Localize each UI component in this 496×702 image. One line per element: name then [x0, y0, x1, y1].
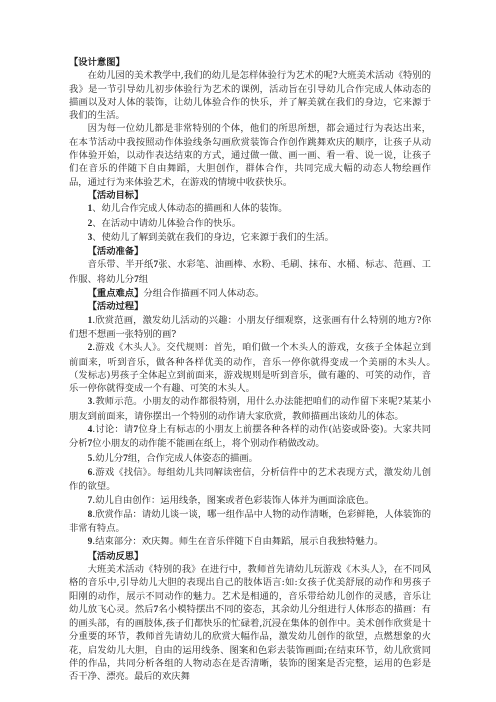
section-heading-label: 【活动反思】 [88, 551, 144, 562]
section-heading-label: 【设计意图】 [69, 57, 125, 68]
paragraph: 大班美术活动《特别的我》在进行中，教师首先请幼儿玩游戏《木头人》，在不同风格的音… [69, 563, 431, 684]
paragraph: 2、在活动中请幼儿体验合作的快乐。 [69, 217, 431, 231]
section-heading-label: 【活动过程】 [88, 301, 144, 312]
paragraph: 在幼儿园的美术教学中,我们的幼儿是怎样体验行为艺术的呢?大班美术活动《特别的我》… [69, 69, 431, 122]
section-heading: 【活动目标】 [69, 189, 431, 202]
paragraph: 1、幼儿合作完成人体动态的描画和人体的装饰。 [69, 202, 431, 216]
paragraph: 7.幼儿自由创作：运用线条，图案或者色彩装饰人体并为画面涂底色。 [69, 494, 431, 508]
paragraph: 8.欣赏作品：请幼儿谈一谈，哪一组作品中人物的动作清晰，色彩鲜艳，人体装饰的非常… [69, 508, 431, 536]
paragraph: 2.游戏《木头人》。交代规则：首先，咱们做一个木头人的游戏，女孩子全体起立到前面… [69, 341, 431, 395]
paragraph: 4.讨论：请7位身上有标志的小朋友上前摆各种各样的动作(站姿或卧姿)。大家共同分… [69, 423, 431, 452]
paragraph: 因为每一位幼儿都是非常特别的个体，他们的所思所想，都会通过行为表达出来，在本节活… [69, 122, 431, 188]
paragraph: 6.游戏《找信》。每组幼儿共同解读密信，分析信件中的艺术表现方式，激发幼儿创作的… [69, 466, 431, 494]
paragraph: 9.结束部分：欢庆舞。师生在音乐伴随下自由舞蹈，展示自我独特魅力。 [69, 535, 431, 549]
section-heading: 【活动反思】 [69, 550, 431, 563]
section-heading-label: 【重点难点】 [88, 288, 144, 299]
paragraph: 音乐带、半开纸7张、水彩笔、油画棒、水粉、毛刷、抹布、水桶、标志、范画、工作服、… [69, 258, 431, 287]
document-body: 【设计意图】在幼儿园的美术教学中,我们的幼儿是怎样体验行为艺术的呢?大班美术活动… [69, 56, 431, 684]
paragraph: 3.教师示范。小朋友的动作都很特别，用什么办法能把咱们的动作留下来呢?某某小朋友… [69, 395, 431, 423]
section-heading: 【重点难点】分组合作描画不同人体动态。 [69, 287, 431, 300]
section-heading: 【活动过程】 [69, 300, 431, 313]
section-heading: 【设计意图】 [69, 56, 431, 69]
section-heading-label: 【活动准备】 [88, 246, 144, 257]
section-heading-label: 【活动目标】 [88, 190, 144, 201]
paragraph: 1.欣赏范画，激发幼儿活动的兴趣：小朋友仔细观察，这张画有什么特别的地方?你们想… [69, 314, 431, 342]
section-inline-text: 分组合作描画不同人体动态。 [143, 288, 264, 299]
paragraph: 5.幼儿分7组，合作完成人体姿态的描画。 [69, 452, 431, 466]
document-page: 【设计意图】在幼儿园的美术教学中,我们的幼儿是怎样体验行为艺术的呢?大班美术活动… [0, 0, 496, 702]
paragraph: 3、使幼儿了解到美就在我们的身边，它来源于我们的生活。 [69, 231, 431, 245]
section-heading: 【活动准备】 [69, 245, 431, 258]
